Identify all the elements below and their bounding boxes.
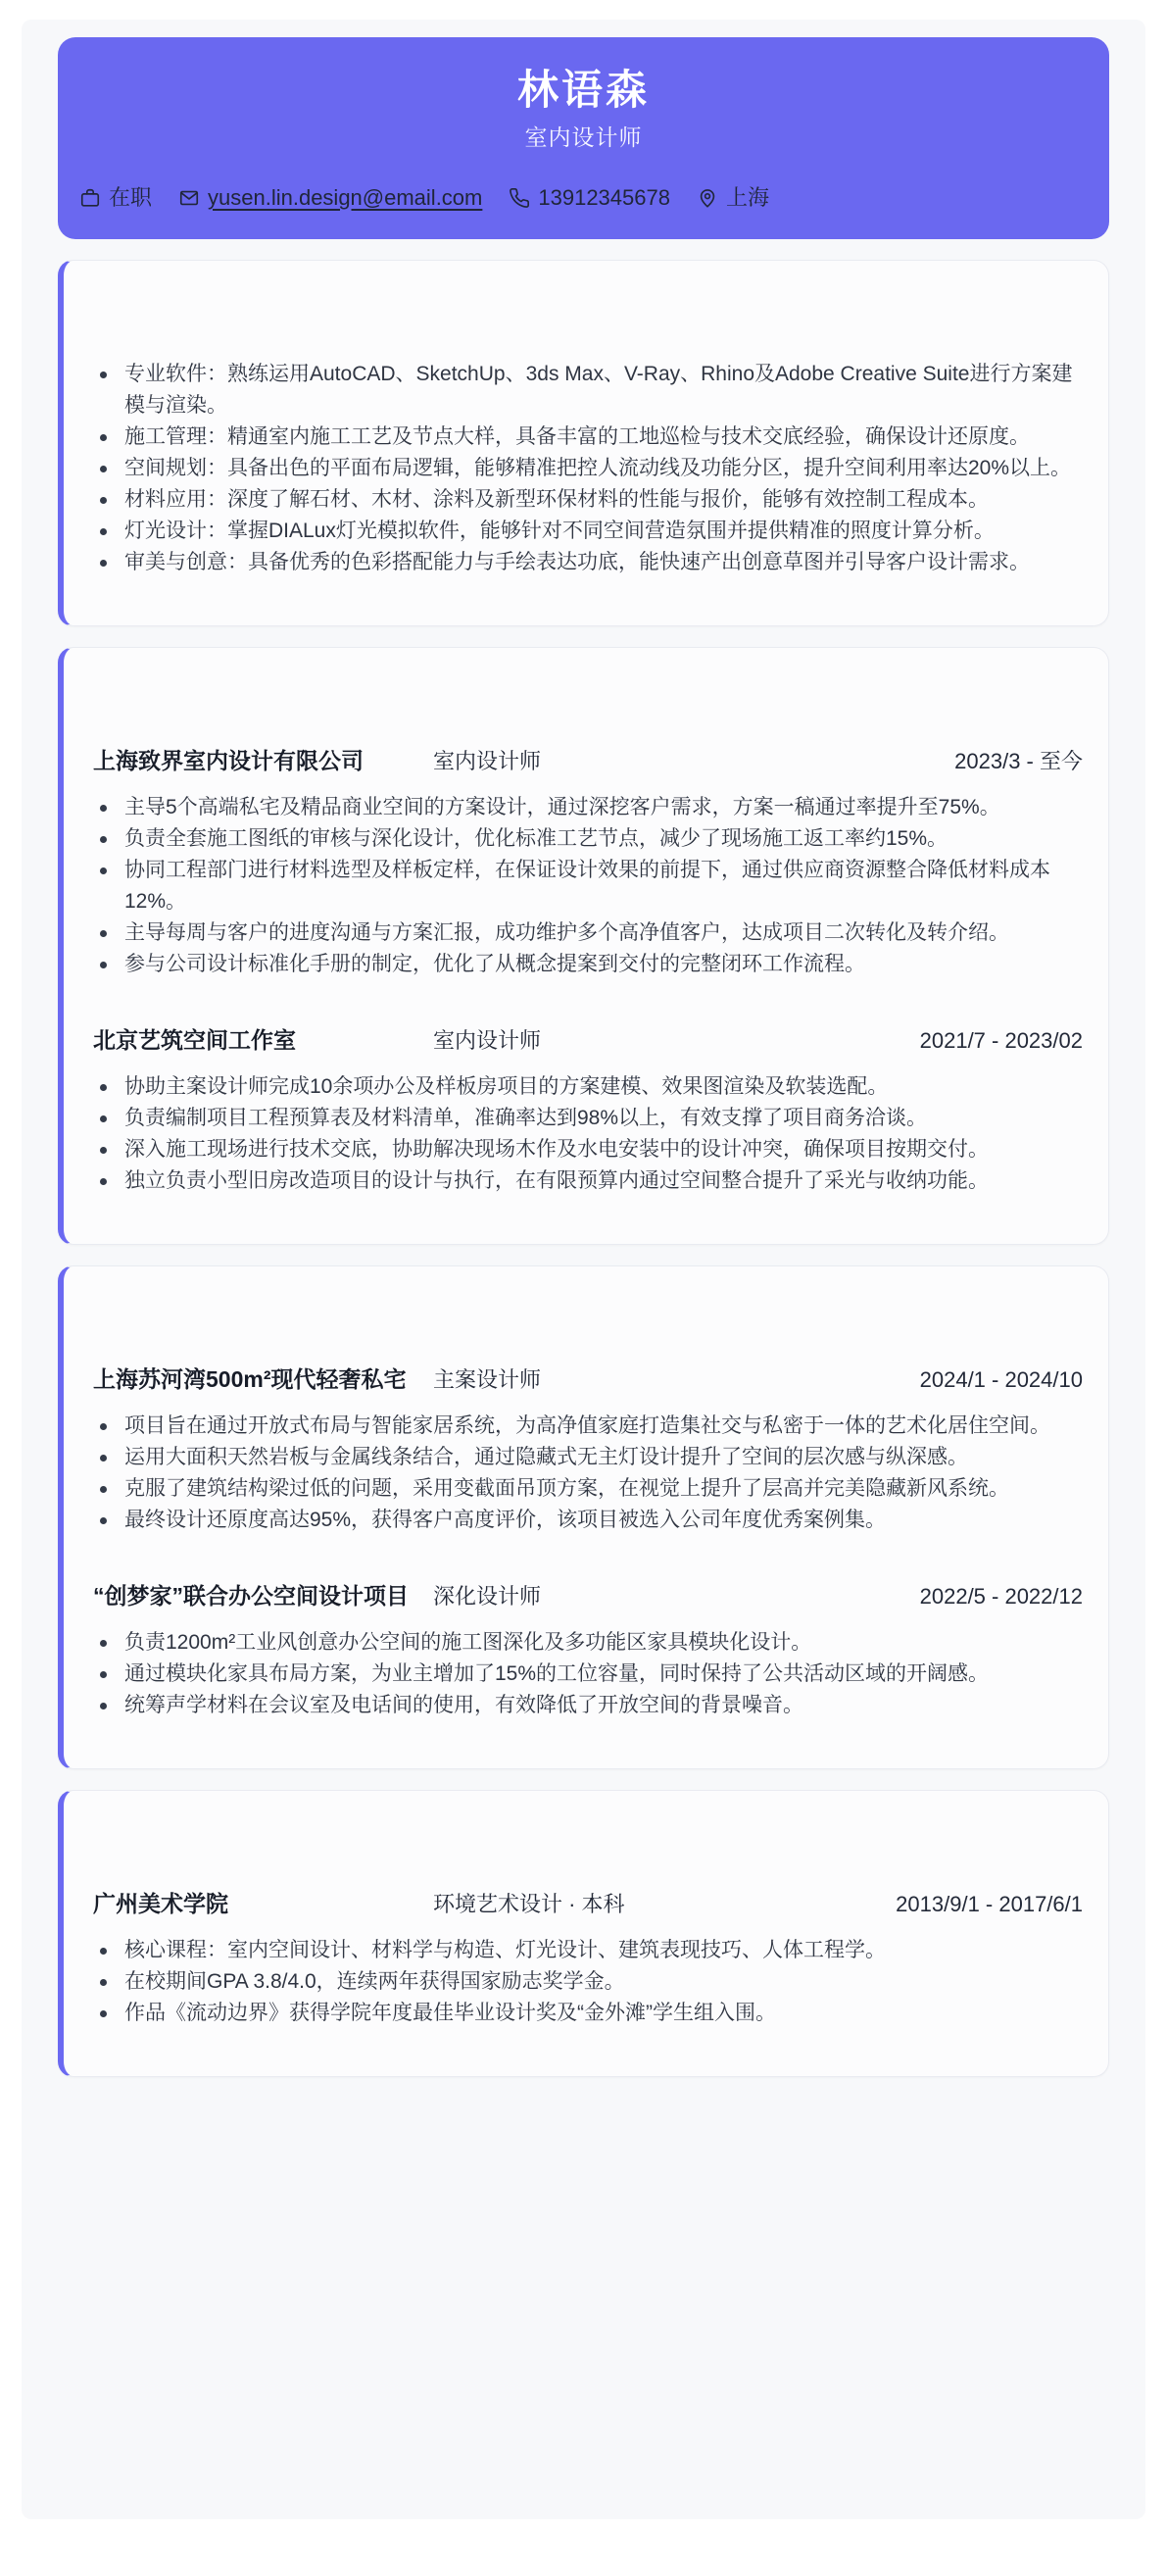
email-text: yusen.lin.design@email.com bbox=[208, 184, 482, 212]
bullet-item: 最终设计还原度高达95%，获得客户高度评价，该项目被选入公司年度优秀案例集。 bbox=[93, 1505, 1083, 1536]
entry: 上海苏河湾500m²现代轻奢私宅 主案设计师 2024/1 - 2024/10 … bbox=[93, 1364, 1083, 1536]
entry-role: 室内设计师 bbox=[433, 1026, 920, 1056]
bullet-item: 在校期间GPA 3.8/4.0，连续两年获得国家励志奖学金。 bbox=[93, 1966, 1083, 1998]
entry: “创梦家”联合办公空间设计项目 深化设计师 2022/5 - 2022/12 负… bbox=[93, 1581, 1083, 1721]
bullet-item: 空间规划：具备出色的平面布局逻辑，能够精准把控人流动线及功能分区，提升空间利用率… bbox=[93, 453, 1083, 484]
phone-text: 13912345678 bbox=[538, 184, 670, 212]
entry-header: 上海苏河湾500m²现代轻奢私宅 主案设计师 2024/1 - 2024/10 bbox=[93, 1364, 1083, 1395]
section-experience: 上海致界室内设计有限公司 室内设计师 2023/3 - 至今 主导5个高端私宅及… bbox=[58, 647, 1109, 1245]
entry-title: “创梦家”联合办公空间设计项目 bbox=[93, 1581, 433, 1611]
bullet-item: 负责1200m²工业风创意办公空间的施工图深化及多功能区家具模块化设计。 bbox=[93, 1627, 1083, 1659]
entry-header: 上海致界室内设计有限公司 室内设计师 2023/3 - 至今 bbox=[93, 746, 1083, 776]
bullet-item: 统筹声学材料在会议室及电话间的使用，有效降低了开放空间的背景噪音。 bbox=[93, 1690, 1083, 1721]
bullet-item: 负责编制项目工程预算表及材料清单，准确率达到98%以上，有效支撑了项目商务洽谈。 bbox=[93, 1103, 1083, 1134]
entry-title: 北京艺筑空间工作室 bbox=[93, 1025, 433, 1056]
location: 上海 bbox=[697, 184, 769, 212]
bullet-item: 独立负责小型旧房改造项目的设计与执行，在有限预算内通过空间整合提升了采光与收纳功… bbox=[93, 1165, 1083, 1197]
entry: 北京艺筑空间工作室 室内设计师 2021/7 - 2023/02 协助主案设计师… bbox=[93, 1025, 1083, 1197]
bullet-item: 施工管理：精通室内施工工艺及节点大样，具备丰富的工地巡检与技术交底经验，确保设计… bbox=[93, 421, 1083, 453]
entry-title: 上海致界室内设计有限公司 bbox=[93, 746, 433, 776]
entry-header: “创梦家”联合办公空间设计项目 深化设计师 2022/5 - 2022/12 bbox=[93, 1581, 1083, 1611]
job-title: 室内设计师 bbox=[79, 123, 1088, 152]
bullet-list: 专业软件：熟练运用AutoCAD、SketchUp、3ds Max、V-Ray、… bbox=[93, 359, 1083, 578]
bullet-item: 材料应用：深度了解石材、木材、涂料及新型环保材料的性能与报价，能够有效控制工程成… bbox=[93, 484, 1083, 516]
bullet-item: 协同工程部门进行材料选型及样板定样，在保证设计效果的前提下，通过供应商资源整合降… bbox=[93, 855, 1083, 917]
bullet-item: 运用大面积天然岩板与金属线条结合，通过隐藏式无主灯设计提升了空间的层次感与纵深感… bbox=[93, 1442, 1083, 1473]
name: 林语森 bbox=[79, 67, 1088, 114]
bullet-item: 主导每周与客户的进度沟通与方案汇报，成功维护多个高净值客户，达成项目二次转化及转… bbox=[93, 917, 1083, 949]
bullet-item: 核心课程：室内空间设计、材料学与构造、灯光设计、建筑表现技巧、人体工程学。 bbox=[93, 1935, 1083, 1966]
briefcase-icon bbox=[79, 187, 101, 209]
bullet-list: 协助主案设计师完成10余项办公及样板房项目的方案建模、效果图渲染及软装选配。负责… bbox=[93, 1071, 1083, 1197]
section-education: 广州美术学院 环境艺术设计 · 本科 2013/9/1 - 2017/6/1 核… bbox=[58, 1790, 1109, 2077]
bullet-list: 主导5个高端私宅及精品商业空间的方案设计，通过深挖客户需求，方案一稿通过率提升至… bbox=[93, 792, 1083, 980]
entry-date: 2023/3 - 至今 bbox=[954, 747, 1083, 776]
bullet-item: 负责全套施工图纸的审核与深化设计，优化标准工艺节点，减少了现场施工返工率约15%… bbox=[93, 823, 1083, 855]
entry-title: 广州美术学院 bbox=[93, 1889, 433, 1919]
bullet-item: 项目旨在通过开放式布局与智能家居系统，为高净值家庭打造集社交与私密于一体的艺术化… bbox=[93, 1411, 1083, 1442]
bullet-item: 参与公司设计标准化手册的制定，优化了从概念提案到交付的完整闭环工作流程。 bbox=[93, 949, 1083, 980]
bullet-item: 通过模块化家具布局方案，为业主增加了15%的工位容量，同时保持了公共活动区域的开… bbox=[93, 1659, 1083, 1690]
email-link[interactable]: yusen.lin.design@email.com bbox=[178, 184, 482, 212]
location-text: 上海 bbox=[726, 184, 769, 212]
bullet-list: 负责1200m²工业风创意办公空间的施工图深化及多功能区家具模块化设计。通过模块… bbox=[93, 1627, 1083, 1721]
entry-role: 深化设计师 bbox=[433, 1582, 920, 1611]
entry-date: 2021/7 - 2023/02 bbox=[920, 1026, 1083, 1056]
entry-date: 2022/5 - 2022/12 bbox=[920, 1582, 1083, 1611]
entry-date: 2013/9/1 - 2017/6/1 bbox=[896, 1890, 1083, 1919]
entry-role: 室内设计师 bbox=[433, 747, 954, 776]
bullet-item: 作品《流动边界》获得学院年度最佳毕业设计奖及“金外滩”学生组入围。 bbox=[93, 1998, 1083, 2029]
entry-date: 2024/1 - 2024/10 bbox=[920, 1365, 1083, 1395]
phone-icon bbox=[509, 187, 530, 209]
bullet-item: 审美与创意：具备优秀的色彩搭配能力与手绘表达功底，能快速产出创意草图并引导客户设… bbox=[93, 547, 1083, 578]
entry-role: 主案设计师 bbox=[433, 1365, 920, 1395]
resume-body: 专业软件：熟练运用AutoCAD、SketchUp、3ds Max、V-Ray、… bbox=[58, 260, 1109, 2077]
bullet-item: 深入施工现场进行技术交底，协助解决现场木作及水电安装中的设计冲突，确保项目按期交… bbox=[93, 1134, 1083, 1165]
bullet-item: 专业软件：熟练运用AutoCAD、SketchUp、3ds Max、V-Ray、… bbox=[93, 359, 1083, 421]
employment-status-label: 在职 bbox=[109, 184, 152, 212]
bullet-list: 项目旨在通过开放式布局与智能家居系统，为高净值家庭打造集社交与私密于一体的艺术化… bbox=[93, 1411, 1083, 1536]
entry-role: 环境艺术设计 · 本科 bbox=[433, 1890, 896, 1919]
mail-icon bbox=[178, 187, 200, 209]
employment-status: 在职 bbox=[79, 184, 152, 212]
entry-header: 北京艺筑空间工作室 室内设计师 2021/7 - 2023/02 bbox=[93, 1025, 1083, 1056]
header-card: 林语森 室内设计师 在职 yusen.lin.design@email.com … bbox=[58, 37, 1109, 239]
bullet-item: 主导5个高端私宅及精品商业空间的方案设计，通过深挖客户需求，方案一稿通过率提升至… bbox=[93, 792, 1083, 823]
entry: 上海致界室内设计有限公司 室内设计师 2023/3 - 至今 主导5个高端私宅及… bbox=[93, 746, 1083, 980]
phone-number: 13912345678 bbox=[509, 184, 670, 212]
section-projects: 上海苏河湾500m²现代轻奢私宅 主案设计师 2024/1 - 2024/10 … bbox=[58, 1265, 1109, 1769]
entry-title: 上海苏河湾500m²现代轻奢私宅 bbox=[93, 1364, 433, 1395]
entry: 广州美术学院 环境艺术设计 · 本科 2013/9/1 - 2017/6/1 核… bbox=[93, 1889, 1083, 2029]
location-pin-icon bbox=[697, 187, 718, 209]
entry-header: 广州美术学院 环境艺术设计 · 本科 2013/9/1 - 2017/6/1 bbox=[93, 1889, 1083, 1919]
contact-row: 在职 yusen.lin.design@email.com 1391234567… bbox=[79, 184, 1088, 212]
resume-page: 林语森 室内设计师 在职 yusen.lin.design@email.com … bbox=[22, 20, 1145, 2519]
section-skills: 专业软件：熟练运用AutoCAD、SketchUp、3ds Max、V-Ray、… bbox=[58, 260, 1109, 626]
bullet-list: 核心课程：室内空间设计、材料学与构造、灯光设计、建筑表现技巧、人体工程学。在校期… bbox=[93, 1935, 1083, 2029]
bullet-item: 协助主案设计师完成10余项办公及样板房项目的方案建模、效果图渲染及软装选配。 bbox=[93, 1071, 1083, 1103]
bullet-item: 灯光设计：掌握DIALux灯光模拟软件，能够针对不同空间营造氛围并提供精准的照度… bbox=[93, 516, 1083, 547]
bullet-item: 克服了建筑结构梁过低的问题，采用变截面吊顶方案，在视觉上提升了层高并完美隐藏新风… bbox=[93, 1473, 1083, 1505]
